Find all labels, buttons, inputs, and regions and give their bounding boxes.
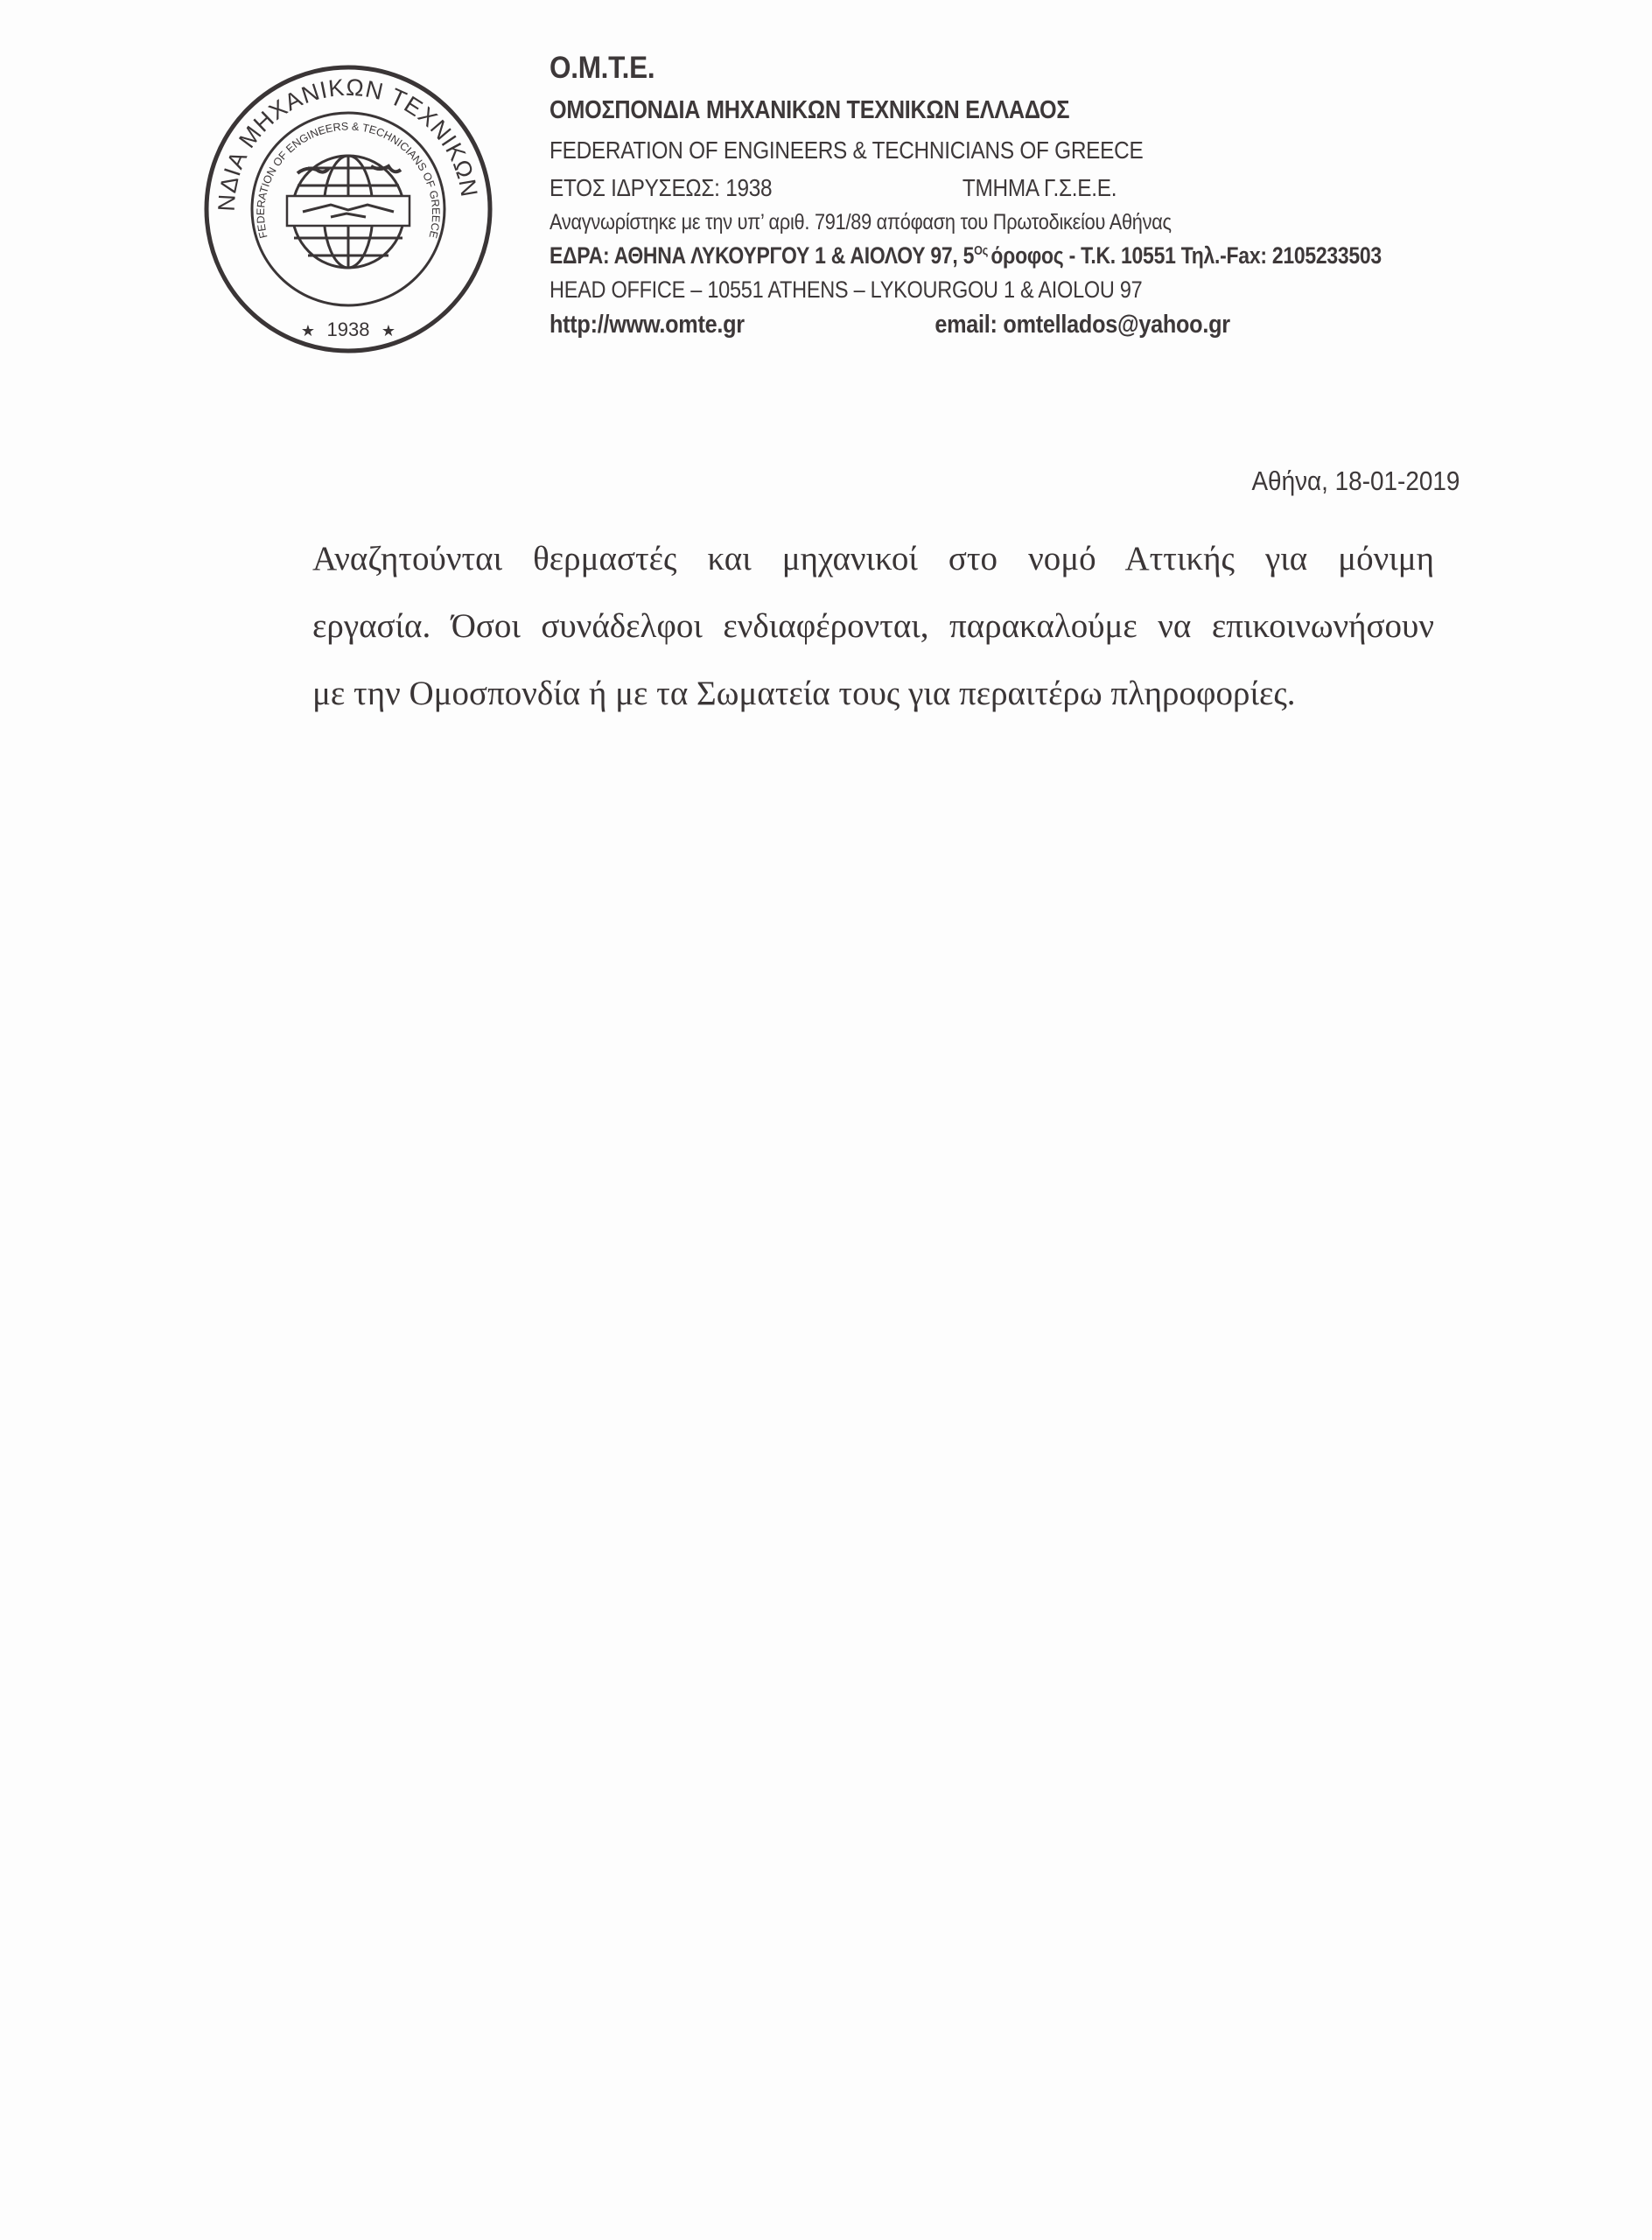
founded-department-row: ΕΤΟΣ ΙΔΡΥΣΕΩΣ: 1938ΤΜΗΜΑ Γ.Σ.Ε.Ε. bbox=[549, 174, 1116, 202]
star-icon: ★ bbox=[301, 322, 315, 339]
body-paragraph-line: με την Ομοσπονδία ή με τα Σωματεία τους … bbox=[312, 660, 1434, 727]
website-link[interactable]: http://www.omte.gr bbox=[549, 311, 745, 339]
address-english: HEAD OFFICE – 10551 ATHENS – LYKOURGOU 1… bbox=[549, 276, 1142, 304]
org-name-greek: ΟΜΟΣΠΟΝΔΙΑ ΜΗΧΑΝΙΚΩΝ ΤΕΧΝΙΚΩΝ ΕΛΛΑΔΟΣ bbox=[549, 96, 1069, 125]
address-greek-street: ΕΔΡΑ: ΑΘΗΝΑ ΛΥΚΟΥΡΓΟΥ 1 & ΑΙΟΛΟΥ 97, 5 bbox=[549, 242, 974, 269]
federation-seal-logo-icon: ΟΜΟΣΠΟΝΔΙΑ ΜΗΧΑΝΙΚΩΝ ΤΕΧΝΙΚΩΝ ΕΛΛΑΔΟΣ FE… bbox=[199, 63, 497, 355]
department: ΤΜΗΜΑ Γ.Σ.Ε.Ε. bbox=[962, 174, 1116, 201]
svg-text:ΟΜΟΣΠΟΝΔΙΑ ΜΗΧΑΝΙΚΩΝ ΤΕΧΝΙΚΩΝ: ΟΜΟΣΠΟΝΔΙΑ ΜΗΧΑΝΙΚΩΝ ΤΕΧΝΙΚΩΝ ΕΛΛΑΔΟΣ bbox=[199, 63, 483, 212]
star-icon: ★ bbox=[381, 322, 395, 339]
address-greek: ΕΔΡΑ: ΑΘΗΝΑ ΛΥΚΟΥΡΓΟΥ 1 & ΑΙΟΛΟΥ 97, 5Ος… bbox=[549, 242, 1382, 269]
letter-date: Αθήνα, 18-01-2019 bbox=[1251, 465, 1459, 497]
letter-body: Αναζητούνται θερμαστές και μηχανικοί στο… bbox=[312, 525, 1434, 727]
seal-year: 1938 bbox=[327, 318, 370, 340]
seal-outer-text: ΟΜΟΣΠΟΝΔΙΑ ΜΗΧΑΝΙΚΩΝ ΤΕΧΝΙΚΩΝ ΕΛΛΑΔΟΣ bbox=[199, 63, 483, 212]
web-email-row: http://www.omte.gremail: omtellados@yaho… bbox=[549, 311, 1230, 339]
floor-ordinal: Ος bbox=[974, 244, 988, 258]
org-name-english: FEDERATION OF ENGINEERS & TECHNICIANS OF… bbox=[549, 136, 1143, 164]
body-paragraph-line: εργασία. Όσοι συνάδελφοι ενδιαφέρονται, … bbox=[312, 592, 1434, 660]
recognition-note: Αναγνωρίστηκε με την υπ’ αριθ. 791/89 απ… bbox=[549, 210, 1172, 235]
address-greek-contact: όροφος - Τ.Κ. 10551 Τηλ.-Fax: 2105233503 bbox=[990, 242, 1382, 269]
founded-year: ΕΤΟΣ ΙΔΡΥΣΕΩΣ: 1938 bbox=[549, 174, 772, 201]
email-link[interactable]: email: omtellados@yahoo.gr bbox=[934, 311, 1229, 339]
body-paragraph-line: Αναζητούνται θερμαστές και μηχανικοί στο… bbox=[312, 525, 1434, 592]
org-acronym: Ο.Μ.Τ.Ε. bbox=[549, 51, 654, 86]
